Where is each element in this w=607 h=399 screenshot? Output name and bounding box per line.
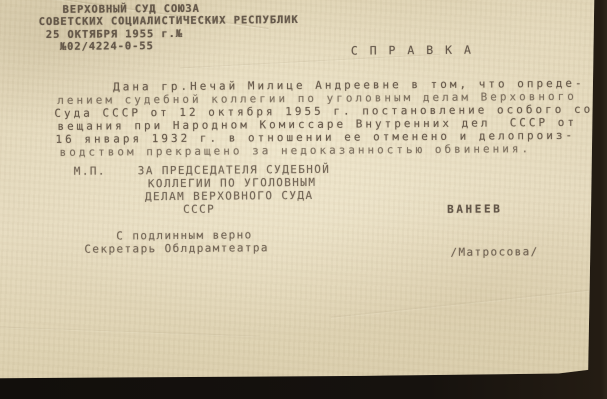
- signature-title-line: КОЛЛЕГИИ ПО УГОЛОВНЫМ: [148, 177, 317, 189]
- certification-line: Секретарь Облдрамтеатра: [84, 242, 269, 254]
- document-title: С П Р А В К А: [351, 45, 474, 57]
- body-line: водством прекращено за недоказанностью о…: [60, 143, 532, 158]
- photographed-document-scene: ВЕРХОВНЫЙ СУД СОЮЗА СОВЕТСКИХ СОЦИАЛИСТИ…: [0, 0, 607, 399]
- signatory-surname: ВАНЕЕВ: [447, 203, 502, 214]
- document-paper: ВЕРХОВНЫЙ СУД СОЮЗА СОВЕТСКИХ СОЦИАЛИСТИ…: [0, 0, 607, 399]
- seal-place-mark: М.П.: [74, 166, 106, 177]
- certification-line: С подлинным верно: [116, 229, 252, 241]
- signature-title-line: СССР: [183, 204, 215, 215]
- typewritten-content: ВЕРХОВНЫЙ СУД СОЮЗА СОВЕТСКИХ СОЦИАЛИСТИ…: [0, 0, 607, 399]
- letterhead-date: 25 ОКТЯБРЯ 1955 г.№: [46, 29, 183, 41]
- signature-title-line: ДЕЛАМ ВЕРХОВНОГО СУДА: [145, 190, 314, 202]
- letterhead-case-number: №02/4224-0-55: [60, 41, 154, 53]
- letterhead-court-name-line2: СОВЕТСКИХ СОЦИАЛИСТИЧЕСКИХ РЕСПУБЛИК: [39, 15, 299, 28]
- signature-title-line: ЗА ПРЕДСЕДАТЕЛЯ СУДЕБНОЙ: [138, 164, 331, 177]
- certifier-surname: /Матросова/: [450, 246, 538, 258]
